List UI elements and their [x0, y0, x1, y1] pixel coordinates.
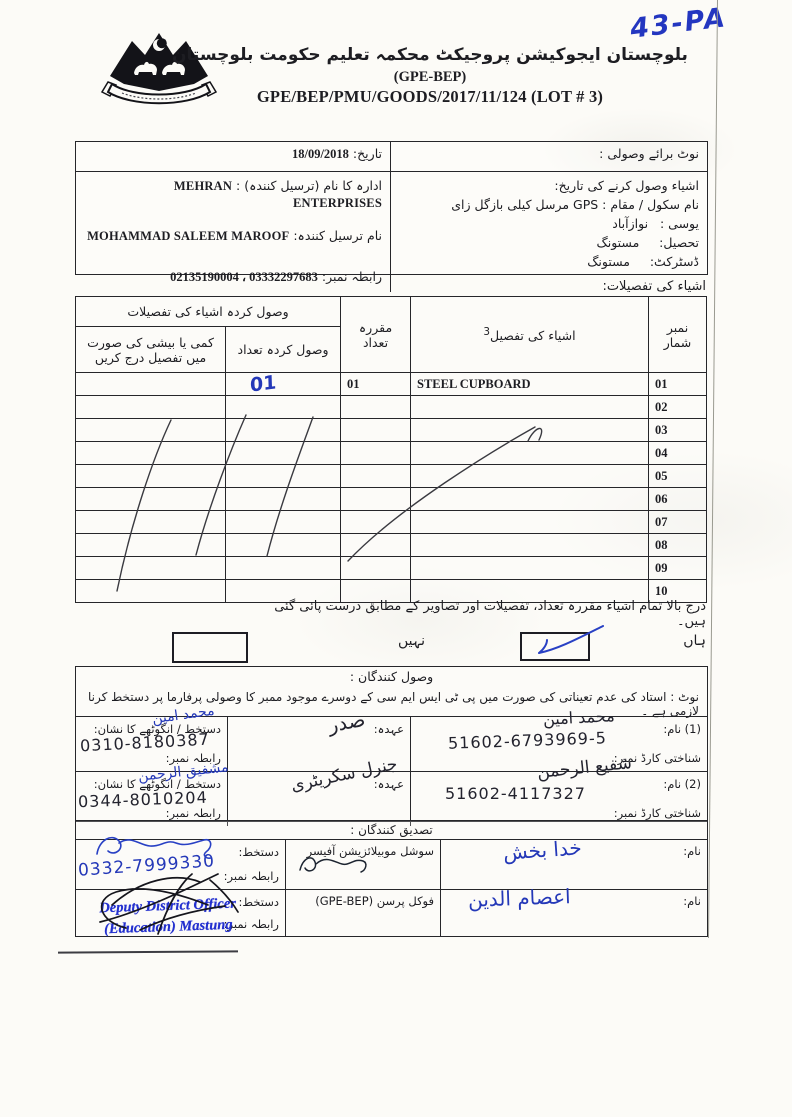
note-for-receipt-cell: نوٹ برائے وصولی :: [391, 142, 707, 172]
column-header-fixed-qty: مقررہ تعداد: [341, 297, 411, 373]
fixed-qty-cell: [341, 511, 411, 534]
verifier2-designation: فوکل پرسن (GPE-BEP): [315, 894, 434, 908]
serial-cell: 05: [649, 465, 707, 488]
received-qty-cell: [226, 419, 341, 442]
received-qty-cell: [226, 557, 341, 580]
document-reference-number: GPE/BEP/PMU/GOODS/2017/11/124 (LOT # 3): [150, 87, 710, 107]
uc-label: یوسی :: [660, 216, 699, 231]
no-checkbox: [172, 632, 248, 663]
goods-row: 09: [76, 557, 707, 580]
supplier-org-line: ادارہ کا نام (ترسیل کنندہ) : MEHRAN ENTE…: [84, 178, 382, 212]
supplier-org-label: ادارہ کا نام (ترسیل کنندہ) :: [236, 178, 382, 193]
item-cell: [411, 396, 649, 419]
discrepancy-cell: [76, 396, 226, 419]
serial-cell: 04: [649, 442, 707, 465]
item-cell: [411, 557, 649, 580]
receipt-info-table: تاریخ: 18/09/2018 نوٹ برائے وصولی : ادار…: [75, 141, 708, 275]
goods-row: 06: [76, 488, 707, 511]
fixed-qty-cell: [341, 488, 411, 511]
goods-row: 03: [76, 419, 707, 442]
received-qty-cell: 01: [226, 373, 341, 396]
goods-row: 08: [76, 534, 707, 557]
received-qty-cell: [226, 396, 341, 419]
designation-label: عہدہ:: [374, 777, 404, 791]
discrepancy-cell: [76, 419, 226, 442]
footer-rule-line: [58, 950, 238, 953]
school-location-cell: اشیاء وصول کرنے کی تاریخ: نام سکول / مقا…: [391, 172, 707, 292]
goods-table: وصول کردہ اشیاء کی تفصیلات مقررہ تعداد ا…: [75, 296, 707, 603]
handwritten-recipient1-name: محمد امین: [543, 706, 616, 729]
fixed-qty-cell: [341, 442, 411, 465]
scanned-goods-receipt-form: 43-PA بلوچستان ایجوکیشن پروجیکٹ محکمہ تع…: [0, 0, 792, 1117]
handwritten-page-annotation: 43-PA: [628, 2, 728, 45]
serial-cell: 07: [649, 511, 707, 534]
fixed-qty-cell: [341, 465, 411, 488]
received-qty-cell: [226, 511, 341, 534]
received-qty-cell: [226, 488, 341, 511]
column-header-serial: نمبر شمار: [649, 297, 707, 373]
item-cell: [411, 534, 649, 557]
serial-cell: 09: [649, 557, 707, 580]
serial-cell: 06: [649, 488, 707, 511]
discrepancy-cell: [76, 442, 226, 465]
discrepancy-cell: [76, 534, 226, 557]
date-label: تاریخ:: [353, 146, 382, 161]
handwritten-received-qty: 01: [250, 373, 277, 396]
goods-details-heading: اشیاء کی تفصیلات:: [556, 279, 706, 294]
tehsil-value: مستونگ: [597, 235, 640, 250]
name-label: نام:: [683, 894, 701, 908]
goods-row: 05: [76, 465, 707, 488]
designation-label: عہدہ:: [374, 722, 404, 736]
note-for-receipt-label: نوٹ برائے وصولی :: [599, 146, 699, 161]
received-qty-cell: [226, 465, 341, 488]
discrepancy-cell: [76, 511, 226, 534]
column-header-received-qty: وصول کردہ تعداد: [226, 327, 341, 373]
supplier-contact-line: رابطہ نمبر: 03332297683 ، 02135190004: [84, 269, 382, 286]
received-qty-cell: [226, 442, 341, 465]
handwritten-recipient2-id: 51602-4117327: [445, 784, 586, 803]
item-cell: [411, 419, 649, 442]
column-header-discrepancy: کمی یا بیشی کی صورت میں تفصیل درج کریں: [76, 327, 226, 373]
verifiers-heading: تصدیق کنندگان :: [76, 821, 707, 840]
yes-checkbox: [520, 632, 590, 661]
supplier-cell: ادارہ کا نام (ترسیل کنندہ) : MEHRAN ENTE…: [76, 172, 391, 292]
date-value: 18/09/2018: [292, 147, 349, 161]
receive-date-label: اشیاء وصول کرنے کی تاریخ:: [554, 178, 699, 193]
document-subtitle: (GPE-BEP): [150, 69, 710, 86]
column-header-item-detail: اشیاء کی تفصیل3: [411, 297, 649, 373]
supplier-contact-value: 03332297683 ، 02135190004: [170, 270, 318, 284]
district-label: ڈسٹرکٹ:: [650, 254, 699, 269]
verifier1-designation-cell: سوشل موبیلائزیشن آفیسر: [286, 840, 441, 889]
item-detail-footnote-mark: 3: [483, 326, 490, 338]
deputy-district-officer-stamp: Deputy District Officer (Education) Mast…: [77, 893, 258, 941]
uc-value: نوازآباد: [612, 216, 648, 231]
supplier-contact-label: رابطہ نمبر:: [322, 269, 382, 284]
date-cell: تاریخ: 18/09/2018: [76, 142, 391, 172]
item-cell: [411, 465, 649, 488]
item-detail-header-text: اشیاء کی تفصیل: [490, 328, 576, 343]
scan-crease-line: [708, 0, 718, 938]
verification-statement: درج بالا تمام اشیاء مقررہ تعداد، تفصیلات…: [250, 599, 706, 629]
district-line: ڈسٹرکٹ: مستونگ: [399, 254, 699, 271]
handwritten-verifier2-name: اعصام الدین: [468, 884, 571, 912]
sender-name-value: MOHAMMAD SALEEM MAROOF: [87, 229, 289, 243]
school-label: نام سکول / مقام :: [602, 197, 699, 212]
district-value: مستونگ: [587, 254, 630, 269]
recipients-heading: وصول کنندگان :: [76, 667, 707, 689]
goods-row: 04: [76, 442, 707, 465]
yes-label: ہاں: [680, 633, 706, 649]
sender-name-label: نام ترسیل کنندہ:: [293, 228, 382, 243]
verifier1-designation: سوشل موبیلائزیشن آفیسر: [307, 844, 434, 858]
received-goods-group-header: وصول کردہ اشیاء کی تفصیلات: [76, 297, 341, 327]
document-header: بلوچستان ایجوکیشن پروجیکٹ محکمہ تعلیم حک…: [150, 44, 710, 107]
fixed-qty-cell: [341, 396, 411, 419]
fixed-qty-cell: 01: [341, 373, 411, 396]
no-label: نہیں: [385, 633, 425, 649]
school-line: نام سکول / مقام : GPS مرسل کیلی بازگل زا…: [399, 197, 699, 214]
name-label: نام:: [683, 844, 701, 858]
discrepancy-cell: [76, 465, 226, 488]
tehsil-label: تحصیل:: [659, 235, 699, 250]
discrepancy-cell: [76, 557, 226, 580]
receive-date-line: اشیاء وصول کرنے کی تاریخ:: [399, 178, 699, 195]
received-qty-cell: [226, 534, 341, 557]
discrepancy-cell: [76, 373, 226, 396]
uc-line: یوسی : نوازآباد: [399, 216, 699, 233]
fixed-qty-cell: [341, 557, 411, 580]
serial-cell: 03: [649, 419, 707, 442]
item-cell: STEEL CUPBOARD: [411, 373, 649, 396]
item-cell: [411, 442, 649, 465]
document-title-urdu: بلوچستان ایجوکیشن پروجیکٹ محکمہ تعلیم حک…: [150, 44, 710, 65]
serial-cell: 08: [649, 534, 707, 557]
goods-row: 01 01 STEEL CUPBOARD 01: [76, 373, 707, 396]
id-card-label: شناختی کارڈ نمبر:: [417, 806, 701, 821]
serial-cell: 02: [649, 396, 707, 419]
fixed-qty-cell: [341, 419, 411, 442]
item-cell: [411, 511, 649, 534]
sender-name-line: نام ترسیل کنندہ: MOHAMMAD SALEEM MAROOF: [84, 228, 382, 245]
discrepancy-cell: [76, 580, 226, 603]
tehsil-line: تحصیل: مستونگ: [399, 235, 699, 252]
verifier2-designation-cell: فوکل پرسن (GPE-BEP): [286, 890, 441, 937]
fixed-qty-cell: [341, 534, 411, 557]
item-cell: [411, 488, 649, 511]
discrepancy-cell: [76, 488, 226, 511]
goods-row: 02: [76, 396, 707, 419]
goods-row: 07: [76, 511, 707, 534]
serial-cell: 01: [649, 373, 707, 396]
school-value: GPS مرسل کیلی بازگل زای: [451, 197, 598, 212]
